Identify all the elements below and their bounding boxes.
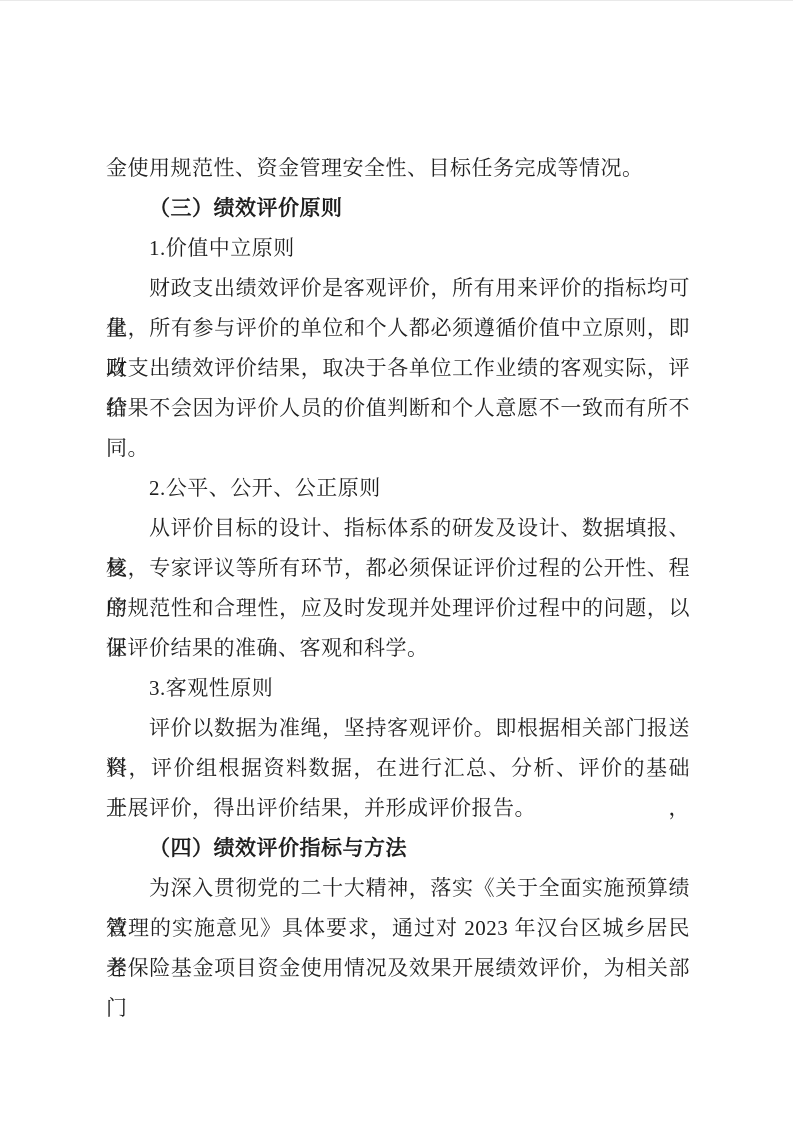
text-line: 化，所有参与评价的单位和个人都必须遵循价值中立原则，即财: [106, 308, 690, 348]
text-line: 证评价结果的准确、客观和科学。: [106, 628, 690, 668]
text-line: 老保险基金项目资金使用情况及效果开展绩效评价，为相关部门: [106, 948, 690, 988]
text-line: 管理的实施意见》具体要求，通过对 2023 年汉台区城乡居民养: [106, 908, 690, 948]
text-line: 为深入贯彻党的二十大精神，落实《关于全面实施预算绩效: [106, 868, 690, 908]
text-line: 财政支出绩效评价是客观评价，所有用来评价的指标均可量: [106, 268, 690, 308]
text-line: 1.价值中立原则: [106, 228, 690, 268]
section-heading-line: （三）绩效评价原则: [106, 188, 690, 228]
text-line: 的规范性和合理性，应及时发现并处理评价过程中的问题，以保: [106, 588, 690, 628]
text-line: 同。: [106, 428, 690, 468]
text-line: 政支出绩效评价结果，取决于各单位工作业绩的客观实际，评价: [106, 348, 690, 388]
text-line: 2.公平、公开、公正原则: [106, 468, 690, 508]
section-heading-line: （四）绩效评价指标与方法: [106, 828, 690, 868]
text-line: 结果不会因为评价人员的价值判断和个人意愿不一致而有所不: [106, 388, 690, 428]
text-block: 金使用规范性、资金管理安全性、目标任务完成等情况。（三）绩效评价原则1.价值中立…: [106, 148, 690, 988]
document-page: 金使用规范性、资金管理安全性、目标任务完成等情况。（三）绩效评价原则1.价值中立…: [0, 0, 793, 1122]
text-line: 从评价目标的设计、指标体系的研发及设计、数据填报、复: [106, 508, 690, 548]
text-line: 核，专家评议等所有环节，都必须保证评价过程的公开性、程序: [106, 548, 690, 588]
text-line: 3.客观性原则: [106, 668, 690, 708]
text-line: 料，评价组根据资料数据，在进行汇总、分析、评价的基础上，: [106, 748, 690, 788]
text-line: 金使用规范性、资金管理安全性、目标任务完成等情况。: [106, 148, 690, 188]
text-line: 评价以数据为准绳，坚持客观评价。即根据相关部门报送资: [106, 708, 690, 748]
